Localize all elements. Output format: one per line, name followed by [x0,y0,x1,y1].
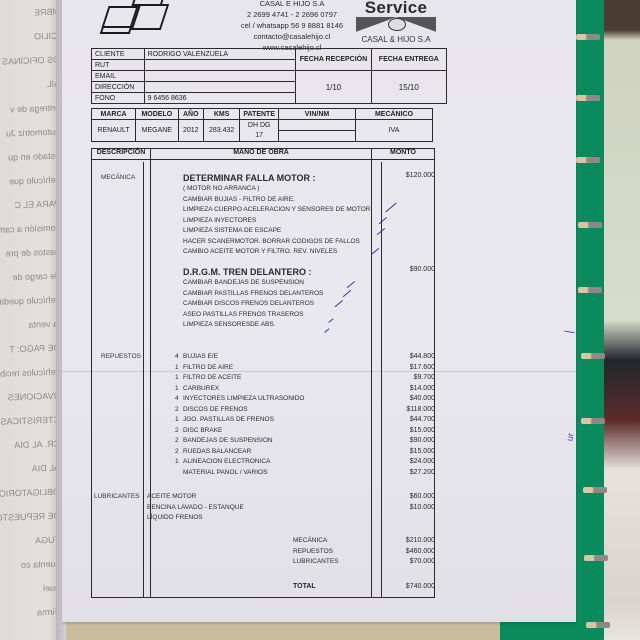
background-paper-text: cuenta co [0,559,60,572]
column-divider [143,162,144,598]
background-paper-text: entrega de v [0,103,60,116]
part-amount: $27.200 [383,468,435,479]
fecha-entrega-value: 15/10 [371,71,446,104]
handwritten-mark-icon: | [563,330,575,335]
service-line: ( MOTOR NO ARRANCA ) [183,184,259,195]
part-qty: 1 [175,363,179,374]
value-fono: 9 6456 8636 [144,93,296,104]
part-qty: 1 [175,457,179,468]
category-lubricantes: LUBRICANTES [94,493,140,500]
part-amount: $15.000 [383,426,435,437]
background-paper-text: Firma [0,607,60,620]
part-description: FILTRO DE ACEITE [183,373,241,384]
service-line: HACER SCANERMOTOR. BORRAR CODIGOS DE FAL… [183,237,360,248]
value-vin-2 [279,131,356,142]
background-paper-text: vehículo queda [0,295,60,308]
header-mecanico: MECÁNICO [356,109,433,120]
summary-amount: $70.000 [383,557,435,568]
work-order-sheet: CASAL E HIJO S.A 2 2699 4741 - 2 2696 07… [62,0,576,622]
binder-ring [581,418,605,424]
service-group-amount: $120.000 [383,171,435,182]
service-line: CAMBIO ACEITE MOTOR Y FILTRO. REV. NIVEL… [183,247,337,258]
background-paper-text: FUGA [0,535,60,548]
lubricant-amount: $10.000 [383,503,435,514]
summary-label: REPUESTOS [293,547,333,558]
service-line: CAMBIAR BUJIAS - FILTRO DE AIRE. [183,195,295,206]
background-paper-text: estado en qu [0,151,60,164]
part-qty: 4 [175,352,179,363]
background-paper-text: vehículos recibi [0,367,60,380]
part-description: FILTRO DE AIRE [183,363,233,374]
summary-amount: $210.000 [383,536,435,547]
value-rut [144,60,296,71]
service-line: LIMPIEZA INYECTORES [183,216,256,227]
background-paper-text: AIL [0,79,60,92]
column-divider [381,162,382,598]
value-email [144,71,296,82]
category-repuestos: REPUESTOS [101,353,141,360]
background-paper-text: la venta [0,319,60,332]
binder-ring [581,353,605,359]
part-description: JGO. PASTILLAS DE FRENOS [183,415,274,426]
service-group-title: DETERMINAR FALLA MOTOR : [183,173,316,184]
vehicle-table: MARCA MODELO AÑO KMS PATENTE VIN/NM MECÁ… [91,108,433,142]
label-fono: FONO [92,93,145,104]
service-group-title: D.R.G.M. TREN DELANTERO : [183,267,312,278]
part-description: ALINEACION ELECTRONICA [183,457,270,468]
header-vin: VIN/NM [279,109,356,120]
header-modelo: MODELO [136,109,178,120]
value-modelo: MEGANE [136,120,178,142]
service-line: CAMBIAR PASTILLAS FRENOS DELANTEROS [183,289,323,300]
part-description: BUJIAS E/E [183,352,218,363]
header-mano-de-obra: MANO DE OBRA [151,149,372,160]
summary-label: MECÁNICA [293,536,327,547]
brand-word: Service [346,0,446,16]
summary-amount: $460.000 [383,547,435,558]
total-amount: $740.000 [383,582,435,593]
background-paper-text: vehículo que [0,175,60,188]
binder-ring [583,487,607,493]
background-paper: MBREICILIOOS OFICINASAILentrega de vauto… [0,0,60,640]
binder-ring [586,622,610,628]
binder-ring [576,157,600,163]
lubricant-description: LÍQUIDO FRENOS [147,513,203,524]
background-paper-text: OBLIGATORIO [0,487,60,500]
part-amount: $44.700 [383,415,435,426]
background-paper-text: huel [0,583,60,596]
background-paper-text: DE REPUESTO [0,511,60,524]
background-paper-text: MBRE [0,7,60,20]
part-description: BANDEJAS DE SUSPENSION [183,436,273,447]
part-description: RUEDAS BALANCEAR [183,447,251,458]
service-line: LIMPIEZA SISTEMA DE ESCAPE [183,226,281,237]
part-qty: 2 [175,447,179,458]
binder-ring [578,287,602,293]
background-paper-text: OS OFICINAS [0,55,60,68]
lubricant-description: ACEITE MOTOR [147,492,196,503]
background-paper-text: DE PAGO: T [0,343,60,356]
background-paper-text: automotriz Ju [0,127,60,140]
background-paper-text: CR. AL DIA [0,439,60,452]
background-paper-text: AL DIA [0,463,60,476]
part-amount: $90.000 [383,436,435,447]
value-mecanico: IVA [356,120,433,142]
part-qty: 1 [175,384,179,395]
label-rut: RUT [92,60,145,71]
service-line: CAMBIAR DISCOS FRENOS DELANTEROS [183,299,314,310]
summary-label: LUBRICANTES [293,557,339,568]
client-table: CLIENTE RODRIGO VALENZUELA FECHA RECEPCI… [91,48,447,104]
part-qty: 4 [175,394,179,405]
background-paper-text: ICILIO [0,31,60,44]
service-line: LIMPIEZA CUERPO ACELERACION Y SENSORES D… [183,205,370,216]
service-group-amount: $90.000 [383,265,435,276]
part-amount: $14.000 [383,384,435,395]
label-email: EMAIL [92,71,145,82]
part-description: INYECTORES LIMPIEZA ULTRASONIDO [183,394,304,405]
category-mecanica: MECÁNICA [101,174,135,181]
part-description: CARBUREX [183,384,219,395]
part-description: DISC BRAKE [183,426,222,437]
green-folder-corner [500,620,600,640]
lubricant-description: BENCINA LAVADO - ESTANQUE [147,503,244,514]
value-cliente: RODRIGO VALENZUELA [144,49,296,60]
background-paper-text: RVACIONES [0,391,60,404]
part-amount: $17.600 [383,363,435,374]
work-order-body: MECÁNICADETERMINAR FALLA MOTOR :$120.000… [91,162,437,598]
total-label: TOTAL [293,582,316,593]
part-amount: $40.000 [383,394,435,405]
binder-ring [578,222,602,228]
value-patente: DH DG 17 [240,120,279,142]
label-cliente: CLIENTE [92,49,145,60]
header-marca: MARCA [92,109,136,120]
value-vin [279,120,356,131]
value-marca: RENAULT [92,120,136,142]
part-amount: $24.000 [383,457,435,468]
binder-ring [584,555,608,561]
background-paper-text: de cargo de [0,271,60,284]
service-line: CAMBIAR BANDEJAS DE SUSPENSION [183,278,304,289]
brand-logo: Service CASAL & HIJO S.A [346,0,446,44]
background-scene [600,0,640,640]
value-anio: 2012 [178,120,203,142]
part-qty: 1 [175,373,179,384]
part-amount: $15.000 [383,447,435,458]
part-qty: 2 [175,436,179,447]
header-kms: KMS [203,109,239,120]
chevron-emblem-icon [356,17,436,33]
background-paper-text: gastos de pre [0,247,60,260]
binder-ring [576,95,600,101]
part-amount: $118.000 [383,405,435,416]
company-logo-icon [97,0,177,40]
part-description: DISCOS DE FRENOS [183,405,248,416]
part-description: MATERIAL PANOL / VARIOS [183,468,267,479]
lubricant-amount: $60.000 [383,492,435,503]
header-monto: MONTO [372,149,435,160]
background-paper-text: CTERISTICAS [0,415,60,428]
fecha-entrega-label: FECHA ENTREGA [371,49,446,71]
header-patente: PATENTE [240,109,279,120]
part-qty: 1 [175,415,179,426]
background-paper-text: comisión a cam [0,223,60,236]
part-qty: 2 [175,405,179,416]
brand-subtitle: CASAL & HIJO S.A [346,35,446,44]
service-line: ASEO PASTILLAS FRENOS TRASEROS [183,310,303,321]
service-line: LIMPIEZA SENSORESDE ABS. [183,320,275,331]
value-kms: 283.432 [203,120,239,142]
part-amount: $44.800 [383,352,435,363]
part-qty: 2 [175,426,179,437]
header-anio: AÑO [178,109,203,120]
background-paper-text: PARA EL C [0,199,60,212]
handwritten-mark-icon: ur [564,432,575,442]
header-descripcion: DESCRIPCIÓN [92,149,151,160]
value-direccion [144,82,296,93]
fecha-recepcion-value: 1/10 [296,71,371,104]
label-direccion: DIRECCIÓN [92,82,145,93]
binder-ring [576,34,600,40]
fecha-recepcion-label: FECHA RECEPCIÓN [296,49,371,71]
part-amount: $9.700 [383,373,435,384]
